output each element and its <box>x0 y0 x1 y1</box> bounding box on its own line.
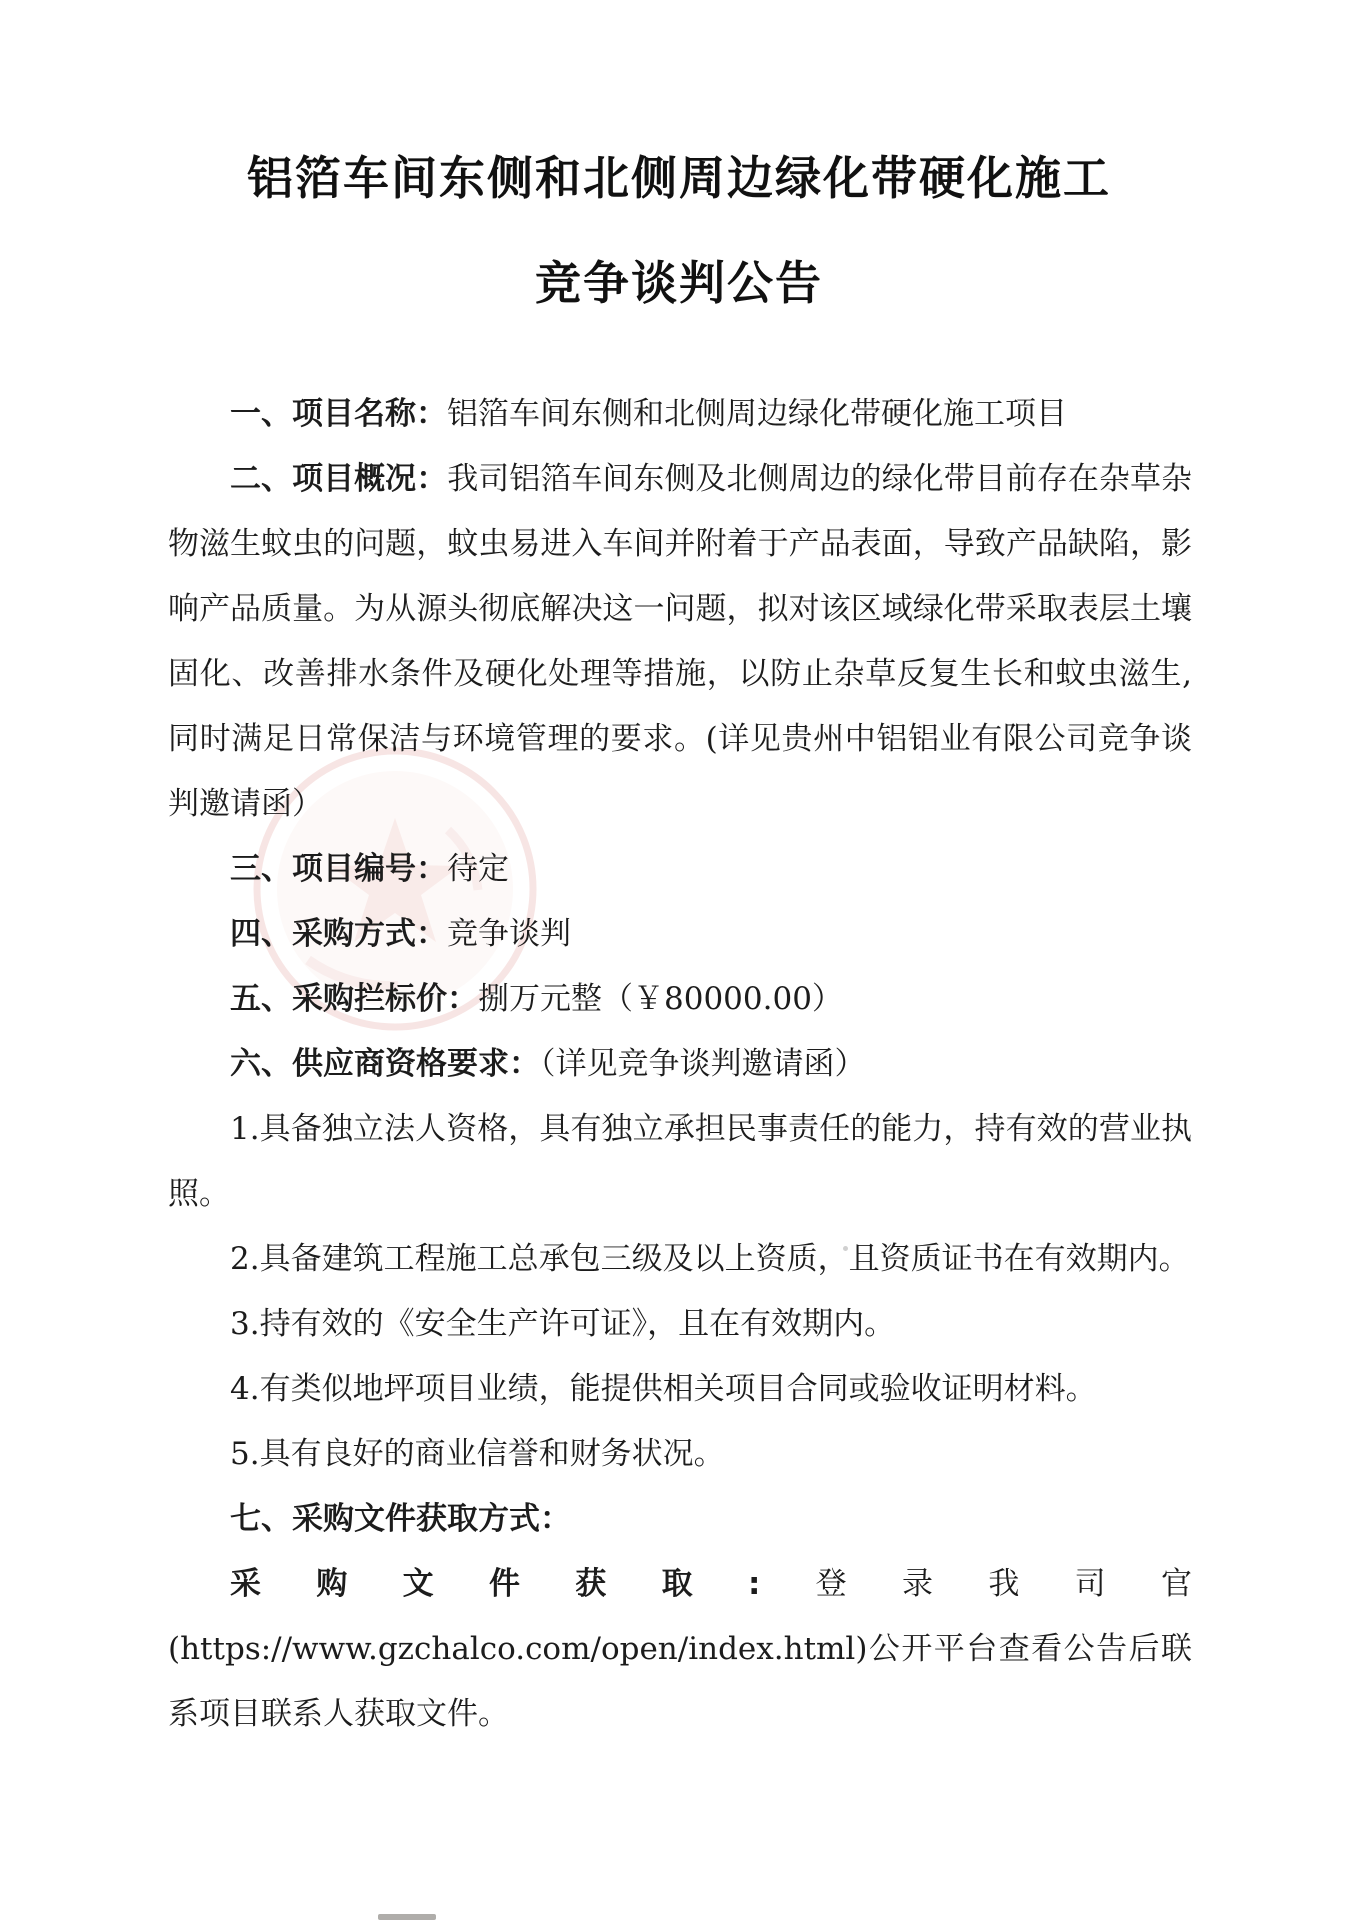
paragraph-requirement-3: 3.持有效的《安全生产许可证》，且在有效期内。 <box>168 1292 1192 1357</box>
paragraph-requirement-4: 4.有类似地坪项目业绩，能提供相关项目合同或验收证明材料。 <box>168 1357 1192 1422</box>
paragraph-label: 六、供应商资格要求： <box>230 1046 540 1082</box>
paragraph-label: 二、项目概况： <box>230 461 447 497</box>
paragraph-label: 采购文件获取: <box>230 1566 760 1602</box>
paragraph-text: 铝箔车间东侧和北侧周边绿化带硬化施工项目 <box>447 396 1067 432</box>
paragraph-document-acquisition-heading: 七、采购文件获取方式： <box>168 1487 1192 1552</box>
paragraph-project-number: 三、项目编号：待定 <box>168 837 1192 902</box>
paragraph-label: 四、采购方式： <box>230 916 447 952</box>
paragraph-label: 一、项目名称： <box>230 396 447 432</box>
paragraph-text: 竞争谈判 <box>447 916 571 952</box>
page-bottom-scan-artifact <box>378 1914 436 1920</box>
paragraph-text: 待定 <box>447 851 509 887</box>
document-title-line-1: 铝箔车间东侧和北侧周边绿化带硬化施工 <box>70 126 1288 231</box>
paragraph-text: 1.具备独立法人资格，具有独立承担民事责任的能力，持有效的营业执照。 <box>168 1111 1192 1212</box>
paragraph-text: （详见竞争谈判邀请函） <box>540 1046 866 1082</box>
paragraph-text: 3.持有效的《安全生产许可证》，且在有效期内。 <box>230 1306 895 1342</box>
paragraph-requirement-5: 5.具有良好的商业信誉和财务状况。 <box>168 1422 1192 1487</box>
paragraph-label: 七、采购文件获取方式： <box>230 1501 571 1537</box>
document-title: 铝箔车间东侧和北侧周边绿化带硬化施工 竞争谈判公告 <box>70 126 1288 336</box>
paragraph-document-acquisition-detail: 采购文件获取:登录我司官(https://www.gzchalco.com/op… <box>168 1552 1192 1747</box>
paragraph-text: 2.具备建筑工程施工总承包三级及以上资质，且资质证书在有效期内。 <box>230 1241 1190 1277</box>
paragraph-project-overview: 二、项目概况：我司铝箔车间东侧及北侧周边的绿化带目前存在杂草杂物滋生蚊虫的问题，… <box>168 447 1192 837</box>
paragraph-label: 五、采购拦标价： <box>230 981 478 1017</box>
document-page: 铝箔车间东侧和北侧周边绿化带硬化施工 竞争谈判公告 一、项目名称：铝箔车间东侧和… <box>0 0 1358 1920</box>
document-body: 一、项目名称：铝箔车间东侧和北侧周边绿化带硬化施工项目 二、项目概况：我司铝箔车… <box>168 382 1192 1747</box>
paragraph-text: 5.具有良好的商业信誉和财务状况。 <box>230 1436 725 1472</box>
paragraph-text: 捌万元整（￥80000.00） <box>478 981 843 1017</box>
paragraph-label: 三、项目编号： <box>230 851 447 887</box>
scan-speck-artifact <box>843 1246 848 1251</box>
paragraph-price-cap: 五、采购拦标价：捌万元整（￥80000.00） <box>168 967 1192 1032</box>
paragraph-supplier-qualifications: 六、供应商资格要求：（详见竞争谈判邀请函） <box>168 1032 1192 1097</box>
paragraph-text: 我司铝箔车间东侧及北侧周边的绿化带目前存在杂草杂物滋生蚊虫的问题，蚊虫易进入车间… <box>168 461 1192 822</box>
paragraph-procurement-method: 四、采购方式：竞争谈判 <box>168 902 1192 967</box>
paragraph-project-name: 一、项目名称：铝箔车间东侧和北侧周边绿化带硬化施工项目 <box>168 382 1192 447</box>
document-title-line-2: 竞争谈判公告 <box>70 231 1288 336</box>
paragraph-requirement-2: 2.具备建筑工程施工总承包三级及以上资质，且资质证书在有效期内。 <box>168 1227 1192 1292</box>
paragraph-requirement-1: 1.具备独立法人资格，具有独立承担民事责任的能力，持有效的营业执照。 <box>168 1097 1192 1227</box>
paragraph-text: 4.有类似地坪项目业绩，能提供相关项目合同或验收证明材料。 <box>230 1371 1097 1407</box>
